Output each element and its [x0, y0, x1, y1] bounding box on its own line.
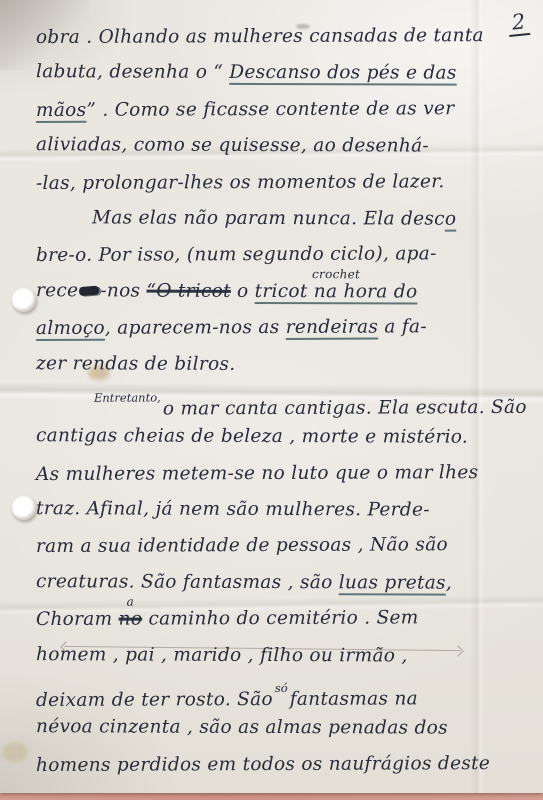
manuscript-line: creaturas. São fantasmas , são luas pret…	[0, 571, 543, 609]
handwritten-text: o mar canta cantigas. Ela escuta. São	[163, 397, 527, 420]
manuscript-line: -las, prolongar-lhes os momentos de laze…	[0, 170, 543, 209]
underlined-text: Descanso dos pés e das	[229, 62, 456, 84]
manuscript-lines: obra . Olhando as mulheres cansadas de t…	[0, 26, 543, 790]
handwritten-text: caminho do cemitério . Sem	[142, 608, 418, 630]
underlined-text: mãos	[36, 100, 86, 121]
handwritten-text: deixam de ter rosto. São	[36, 689, 273, 711]
handwritten-text: labuta, desenha o “	[36, 62, 229, 84]
handwritten-text: homem , pai , marido , filho ou irmão ,	[36, 644, 408, 666]
handwritten-text: Choram	[36, 609, 119, 630]
correction-above: crochet	[312, 268, 360, 280]
handwritten-text: cantigas cheias de beleza , morte e mist…	[36, 425, 468, 448]
handwritten-text: o	[231, 281, 255, 302]
handwritten-text: traz. Afinal, já nem são mulheres. Perde…	[36, 498, 430, 520]
inserted-text: só	[275, 681, 288, 695]
manuscript-line: labuta, desenha o “ Descanso dos pés e d…	[0, 61, 543, 99]
handwritten-text: creaturas. São fantasmas , são	[36, 571, 339, 593]
handwritten-text: , aparecem-nos as	[105, 317, 286, 339]
handwritten-text: ,	[446, 572, 452, 593]
manuscript-line: rece-nos “O tricot o tricot na hora docr…	[0, 280, 543, 318]
manuscript-paper: 2 obra . Olhando as mulheres cansadas de…	[0, 0, 543, 793]
handwritten-text: -las, prolongar-lhes os momentos de laze…	[36, 171, 445, 194]
handwritten-text: obra . Olhando as mulheres cansadas de t…	[36, 25, 484, 48]
manuscript-line: homem , pai , marido , filho ou irmão ,	[0, 644, 543, 682]
handwritten-text: fantasmas na	[290, 688, 418, 710]
underlined-text: almoço	[36, 318, 105, 339]
manuscript-line: bre-o. Por isso, (num segundo ciclo), ap…	[0, 243, 543, 282]
handwritten-text: rece	[36, 280, 78, 301]
manuscript-line: obra . Olhando as mulheres cansadas de t…	[0, 25, 543, 64]
manuscript-line: ram a sua identidade de pessoas , Não sã…	[0, 534, 543, 573]
inserted-text: Entretanto,	[94, 390, 161, 404]
manuscript-line: As mulheres metem-se no luto que o mar l…	[0, 462, 543, 501]
manuscript-line: deixam de ter rosto. Sãosófantasmas na	[0, 680, 543, 719]
manuscript-line: mãos” . Como se ficasse contente de as v…	[0, 98, 543, 137]
correction-above: a	[127, 596, 135, 608]
manuscript-line: Mas elas não param nunca. Ela desco	[0, 207, 543, 245]
handwritten-text: ram a sua identidade de pessoas , Não sã…	[36, 535, 448, 558]
handwritten-text: zer rendas de bilros.	[36, 353, 235, 375]
manuscript-line: aliviadas, como se quisesse, ao desenhá-	[0, 134, 543, 172]
manuscript-line: cantigas cheias de beleza , morte e mist…	[0, 425, 543, 463]
manuscript-line: Entretanto,o mar canta cantigas. Ela esc…	[0, 389, 543, 428]
manuscript-line: homens perdidos em todos os naufrágios d…	[0, 753, 543, 792]
underlined-text: o	[445, 209, 457, 230]
manuscript-line: Choram noa caminho do cemitério . Sem	[0, 607, 543, 646]
ink-scribble	[79, 285, 100, 296]
manuscript-line: névoa cinzenta , são as almas penadas do…	[0, 716, 543, 754]
manuscript-line: almoço, aparecem-nos as rendeiras a fa-	[0, 316, 543, 355]
underlined-text: tricot na hora docrochet	[255, 281, 418, 303]
handwritten-text: névoa cinzenta , são as almas penadas do…	[36, 717, 448, 739]
handwritten-text: a fa-	[378, 316, 427, 337]
handwritten-text: ” . Como se ficasse contente de as ver	[86, 98, 454, 121]
handwritten-text: bre-o. Por isso, (num segundo ciclo), ap…	[36, 244, 437, 267]
manuscript-line: zer rendas de bilros.	[0, 353, 543, 391]
struck-text: “O tricot	[146, 280, 230, 301]
handwritten-text: As mulheres metem-se no luto que o mar l…	[36, 462, 479, 485]
manuscript-photo: 2 obra . Olhando as mulheres cansadas de…	[0, 0, 543, 800]
manuscript-line: traz. Afinal, já nem são mulheres. Perde…	[0, 498, 543, 536]
underlined-text: luas pretas	[339, 572, 446, 593]
struck-text: noa	[119, 609, 143, 630]
handwritten-text: aliviadas, como se quisesse, ao desenhá-	[36, 134, 429, 156]
handwritten-text: homens perdidos em todos os naufrágios d…	[36, 753, 490, 776]
handwritten-text: Mas elas não param nunca. Ela desc	[92, 207, 445, 229]
underlined-text: rendeiras	[286, 317, 379, 338]
handwritten-text: -nos	[100, 280, 146, 301]
